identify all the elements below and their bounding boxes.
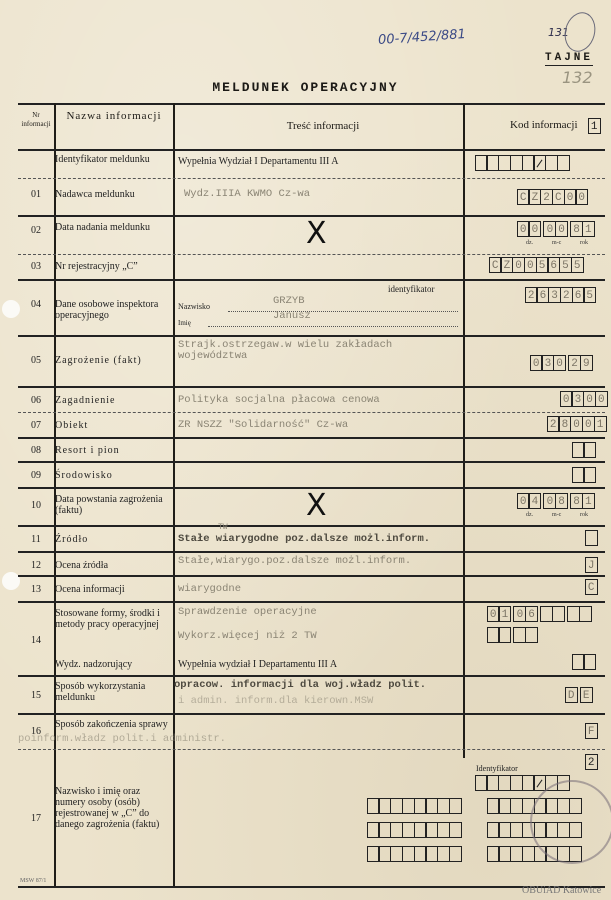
code-box[interactable]: 9 <box>580 355 593 371</box>
not-applicable-cross: X <box>306 219 327 249</box>
code-box[interactable] <box>557 155 570 171</box>
archive-seal-stamp <box>530 780 611 864</box>
table-row: 15 Sposób wykorzystania meldunku opracow… <box>18 677 605 715</box>
table-row: 04 Dane osobowe inspektora operacyjnego … <box>18 281 605 337</box>
table-row: 06 Zagadnienie Polityka socjalna płacowa… <box>18 388 605 413</box>
table-row: 09 Środowisko <box>18 463 605 489</box>
table-row: 16 Sposób zakończenia sprawy poinform.wł… <box>18 715 605 750</box>
code-box[interactable]: 8 <box>555 493 568 509</box>
table-row: 17 Nazwisko i imię oraz numery osoby (os… <box>18 751 605 888</box>
code-box[interactable]: 1 <box>594 416 607 432</box>
form-code: MSW 87/1 <box>20 878 46 884</box>
code-box[interactable] <box>449 798 462 814</box>
code-box[interactable] <box>533 775 546 791</box>
code-box[interactable] <box>525 627 538 643</box>
archive-stamp-label: OBUiAD Katowice <box>522 885 601 896</box>
code-box[interactable] <box>552 606 565 622</box>
table-row: 02 Data nadania meldunku X 000081 dz. m-… <box>18 217 605 255</box>
code-box[interactable] <box>583 467 596 483</box>
code-box[interactable]: F <box>585 723 598 739</box>
code-page-box: 1 <box>588 118 601 134</box>
code-box[interactable]: 6 <box>525 606 538 622</box>
code-box[interactable]: 1 <box>582 493 595 509</box>
table-row: 05 Zagrożenie (fakt) Strajk.ostrzegaw.w … <box>18 337 605 388</box>
code-box[interactable] <box>583 442 596 458</box>
table-row: 12 Ocena źródła Stałe,wiarygo.poz.dalsze… <box>18 553 605 577</box>
code-box[interactable] <box>498 627 511 643</box>
classification-label: TAJNE <box>545 52 593 66</box>
document-page: 00-7/452/881 131 TAJNE 132 MELDUNEK OPER… <box>0 0 611 900</box>
code-box[interactable] <box>585 530 598 546</box>
table-row: 08 Resort i pion <box>18 439 605 463</box>
code-box[interactable]: 4 <box>528 493 541 509</box>
column-header-number: Nr informacji <box>18 111 54 129</box>
not-applicable-cross: X <box>306 491 327 521</box>
code-box[interactable]: 0 <box>555 221 568 237</box>
code-box[interactable]: 0 <box>575 189 588 205</box>
code-box[interactable]: 0 <box>553 355 566 371</box>
table-row: Identyfikator meldunku Wypełnia Wydział … <box>18 151 605 179</box>
column-header-name: Nazwa informacji <box>55 111 173 122</box>
inspector-surname: GRZYB <box>273 296 305 307</box>
circled-page-number <box>560 9 599 55</box>
table-header: Nr informacji Nazwa informacji Treść inf… <box>18 103 605 151</box>
code-box[interactable]: C <box>585 579 598 595</box>
code-box[interactable]: D <box>565 687 578 703</box>
table-row: 01 Nadawca meldunku Wydz.IIIA KWMO Cz-wa… <box>18 179 605 217</box>
code-box[interactable] <box>583 654 596 670</box>
inspector-first-name: Janusz <box>273 311 311 322</box>
table-row: 10 Data powstania zagrożenia (faktu) X 0… <box>18 489 605 527</box>
table-row: 13 Ocena informacji wiarygodne C <box>18 577 605 603</box>
code-box[interactable] <box>533 155 546 171</box>
code-box[interactable]: E <box>580 687 593 703</box>
column-header-content: Treść informacji <box>178 121 468 132</box>
code-box[interactable]: 5 <box>571 257 584 273</box>
code-box[interactable]: J <box>585 557 598 573</box>
code-box[interactable] <box>579 606 592 622</box>
code-box[interactable] <box>449 822 462 838</box>
code-box[interactable]: 1 <box>498 606 511 622</box>
table-row: Wydz. nadzorujący Wypełnia wydział I Dep… <box>18 648 605 677</box>
table-row: 03 Nr rejestracyjny „C” CZ005655 <box>18 255 605 281</box>
code-box[interactable] <box>449 846 462 862</box>
code-box[interactable]: 0 <box>528 221 541 237</box>
code-box[interactable]: 5 <box>583 287 596 303</box>
code-box[interactable]: 0 <box>595 391 608 407</box>
page-title: MELDUNEK OPERACYJNY <box>0 80 611 95</box>
table-row: 07 Obiekt ZR NSZZ "Solidarność" Cz-wa 28… <box>18 413 605 439</box>
code-box[interactable]: 1 <box>582 221 595 237</box>
table-row: 11 Źródło TW Stałe wiarygodne poz.dalsze… <box>18 527 605 553</box>
handwritten-reference: 00-7/452/881 <box>378 27 467 48</box>
